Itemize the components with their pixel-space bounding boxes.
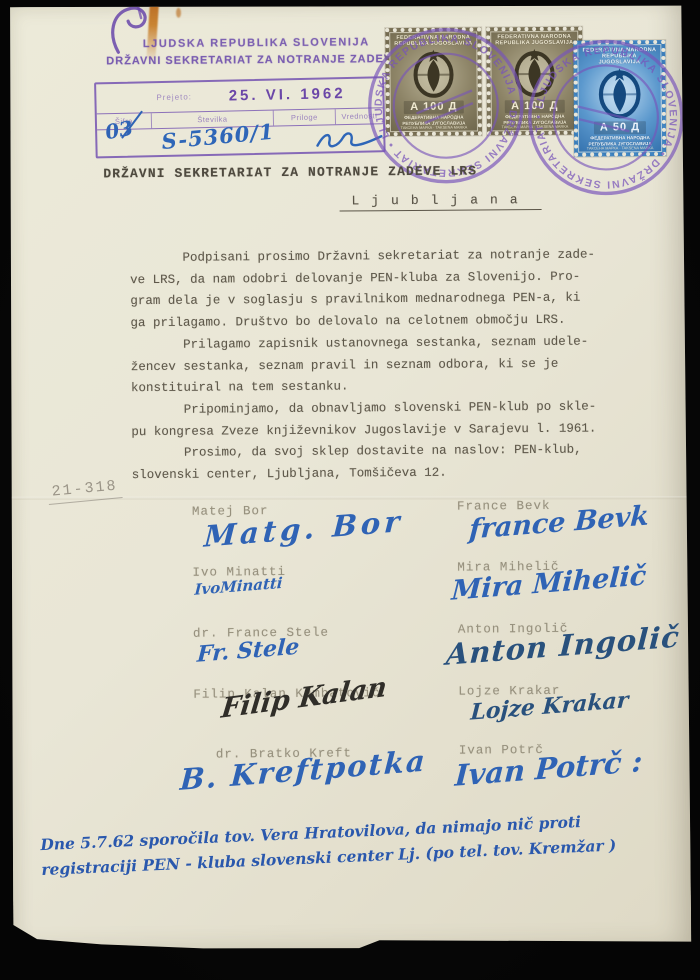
signature: Filip Kalan bbox=[220, 663, 454, 725]
letter-body: Podpisani prosimo Državni sekretariat za… bbox=[130, 245, 597, 487]
scanned-document: LJUDSKA REPUBLIKA SLOVENIJA DRŽAVNI SEKR… bbox=[0, 0, 700, 980]
received-date-label: Prejeto: bbox=[156, 92, 192, 102]
signatory-anton-ingolic: Anton Ingolič Anton Ingolič bbox=[458, 621, 700, 672]
signatory-matej-bor: Matej Bor Matg. Bor bbox=[192, 503, 452, 554]
document-title: DRŽAVNI SEKRETARIAT ZA NOTRANJE ZADEVE L… bbox=[103, 163, 477, 181]
signatory-filip-kalan: Filip Kalan Kumbatovič Filip Kalan bbox=[193, 686, 453, 725]
signatory-lojze-krakar: Lojze Krakar Lojze Krakar bbox=[458, 683, 700, 726]
rust-stain-dot bbox=[176, 8, 181, 18]
document-city: Ljubljana bbox=[339, 192, 541, 212]
paper-sheet: LJUDSKA REPUBLIKA SLOVENIJA DRŽAVNI SEKR… bbox=[6, 2, 692, 967]
pen-scribble-icon bbox=[104, 4, 174, 61]
handwritten-bottom-note: Dne 5.7.62 sporočila tov. Vera Hratovilo… bbox=[40, 805, 682, 882]
signatory-bratko-kreft: dr. Bratko Kreft B. Kreftpotka bbox=[194, 746, 454, 797]
signatory-france-bevk: France Bevk france Bevk bbox=[457, 498, 700, 546]
signatory-mira-mihelic: Mira Mihelič Mira Mihelič bbox=[457, 559, 700, 607]
signatory-ivan-potrc: Ivan Potrč Ivan Potrč : bbox=[459, 742, 700, 793]
signatory-ivo-minatti: Ivo Minatti IvoMinatti bbox=[192, 564, 452, 599]
handwritten-code: 03 bbox=[103, 116, 135, 145]
office-stamp-line1: LJUDSKA REPUBLIKA SLOVENIJA bbox=[133, 36, 379, 50]
received-stamp-box: Prejeto: 25. VI. 1962 Šifra Številka Pri… bbox=[94, 76, 386, 158]
pencil-reference-number: 21-318 bbox=[47, 477, 123, 505]
signatory-france-stele: dr. France Stele Fr. Stele bbox=[193, 625, 453, 668]
received-col-enclosures: Priloge bbox=[273, 109, 335, 125]
